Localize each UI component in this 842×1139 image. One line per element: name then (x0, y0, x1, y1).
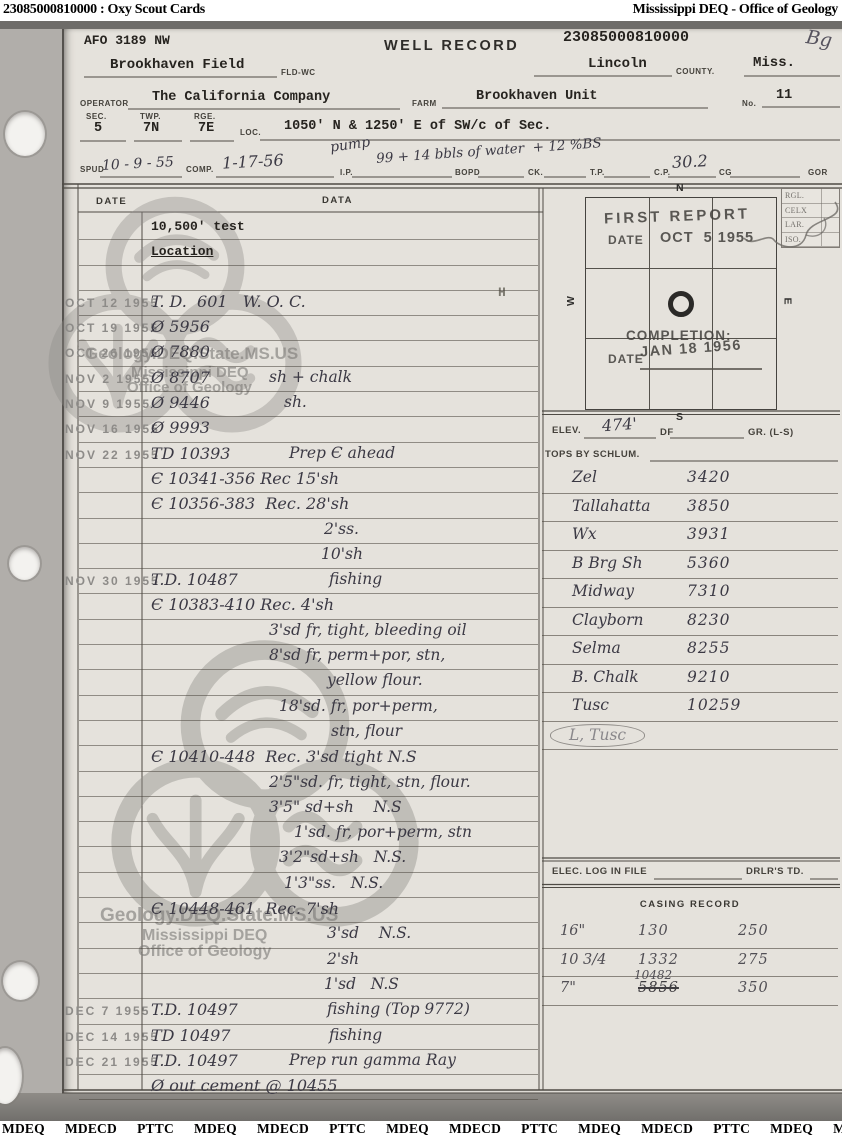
log-entry-note: 1'sd N.S (324, 975, 399, 993)
formation-depth: 9210 (687, 668, 730, 686)
date-stamp: NOV 16 1955 (65, 422, 160, 436)
farm-label: FARM (412, 99, 437, 108)
formation-top-row: L, Tusc (542, 722, 838, 751)
log-entry-note: 1'3"ss. N.S. (284, 874, 383, 892)
well-log-row: 3'sd fr, tight, bleeding oil (79, 620, 538, 645)
log-entry-note: 2'sh (327, 950, 359, 968)
formation-depth: 3931 (687, 525, 730, 543)
date-stamp: DEC 7 1955 (65, 1004, 150, 1018)
well-log-row: Є 10448-461 Rec. 7'sh (79, 898, 538, 923)
viewer-bottom-bar: MDEQ MDECD PTTC MDEQ MDECD PTTC MDEQ MDE… (0, 1121, 842, 1139)
elev-df-label: DF (660, 427, 674, 438)
date-stamp: OCT 19 1955 (65, 321, 159, 335)
cp-label: C.P. (654, 168, 671, 177)
log-entry-main: T.D. 10497 (151, 1051, 238, 1070)
hole-punch (9, 547, 40, 580)
operator-label: OPERATOR (80, 99, 129, 108)
formation-top-row: Wx 3931 (542, 522, 838, 551)
first-report-date-label: DATE (608, 233, 644, 247)
well-log-row: NOV 9 1955 Ø 9446 sh. (79, 392, 538, 417)
well-log-row: Є 10341-356 Rec 15'sh (79, 468, 538, 493)
cp-value: 30.2 (672, 151, 709, 172)
twp-label: TWP. (140, 112, 161, 121)
log-entry-note: 3'5" sd+sh N.S (269, 798, 402, 816)
field-label: FLD-WC (281, 68, 316, 77)
formation-top-row: B. Chalk 9210 (542, 665, 838, 694)
compass-n: N (676, 182, 684, 194)
scan-top-edge (0, 21, 842, 29)
casing-depth: 5856 (638, 980, 679, 996)
pencil-scribble (740, 190, 842, 280)
formation-top-row: Selma 8255 (542, 636, 838, 665)
well-log-rows: 10,500' test Location OCT 12 1955 T. D. … (79, 215, 538, 1126)
log-entry-main: Ø out cement @ 10455 (151, 1076, 338, 1095)
cg-label: CG (719, 168, 732, 177)
well-log-row: Є 10410-448 Rec. 3'sd tight N.S (79, 746, 538, 771)
log-entry-note: 1'sd. fr, por+perm, stn (294, 823, 472, 841)
well-log-row: Є 10383-410 Rec. 4'sh (79, 594, 538, 619)
well-log-row: stn, flour (79, 721, 538, 746)
rge-value: 7E (198, 121, 214, 136)
formation-name: B. Chalk (572, 668, 639, 686)
log-entry-main: Ø 9446 (151, 393, 210, 412)
ck-label: CK. (528, 168, 543, 177)
well-log-row: 1'sd. fr, por+perm, stn (79, 822, 538, 847)
casing-sacks: 350 (738, 980, 769, 996)
corner-handwritten-note: Bg (804, 26, 833, 52)
log-entry-note: 10'sh (321, 545, 363, 563)
sec-value: 5 (94, 121, 102, 136)
date-stamp: NOV 22 1955 (65, 448, 160, 462)
bopd-label: BOPD (455, 168, 480, 177)
date-stamp: DEC 14 1955 (65, 1030, 159, 1044)
well-log-row: OCT 19 1955 Ø 5956 (79, 316, 538, 341)
log-entry-main: Є 10341-356 Rec 15'sh (151, 469, 339, 488)
date-stamp: NOV 9 1955 (65, 397, 151, 411)
log-entry-main: TD 10393 (151, 444, 230, 463)
well-log-row: DEC 7 1955 T.D. 10497 fishing (Top 9772) (79, 999, 538, 1024)
formation-depth: 10259 (687, 696, 741, 714)
date-stamp: OCT 26 1955 (65, 346, 159, 360)
formation-depth: 8230 (687, 611, 730, 629)
data-column-header: DATA (322, 195, 353, 206)
log-entry-main: 10,500' test (151, 219, 245, 234)
formation-top-row: Tusc 10259 (542, 693, 838, 722)
log-entry-note: fishing (329, 1026, 382, 1044)
well-log-row: 1'3"ss. N.S. (79, 873, 538, 898)
date-stamp: DEC 21 1955 (65, 1055, 159, 1069)
well-log-row: OCT 26 1955 Ø 7880 (79, 341, 538, 366)
casing-row: 7" 5856 10482 350 (542, 977, 838, 1006)
hole-punch (3, 962, 38, 1000)
rge-label: RGE. (194, 112, 216, 121)
formation-depth: 7310 (687, 582, 730, 600)
date-stamp: NOV 30 1955 (65, 574, 160, 588)
log-entry-note: fishing (329, 570, 382, 588)
log-entry-main: Ø 8707 (151, 368, 210, 387)
formation-name: Selma (572, 639, 621, 657)
state-name: Miss. (753, 55, 795, 71)
log-entry-note: 3'sd fr, tight, bleeding oil (269, 621, 467, 639)
formation-top-row: Zel 3420 (542, 465, 838, 494)
formation-top-row: Clayborn 8230 (542, 608, 838, 637)
date-stamp: NOV 2 1955 (65, 372, 151, 386)
twp-value: 7N (143, 121, 159, 136)
date-stamp: OCT 12 1955 (65, 296, 159, 310)
gor-label: GOR (808, 168, 828, 177)
loc-label: LOC. (240, 128, 261, 137)
viewer-top-bar: 23085000810000 : Oxy Scout Cards Mississ… (0, 0, 842, 21)
well-log-row: NOV 2 1955 Ø 8707 sh + chalk (79, 367, 538, 392)
formation-top-row: Midway 7310 (542, 579, 838, 608)
well-no-label: No. (742, 99, 756, 108)
casing-record-header: CASING RECORD (542, 899, 838, 910)
well-log-row: 8'sd fr, perm+por, stn, (79, 645, 538, 670)
agency-title: Mississippi DEQ - Office of Geology (633, 2, 838, 18)
log-entry-note: 8'sd fr, perm+por, stn, (269, 646, 445, 664)
well-log-row: NOV 16 1955 Ø 9993 (79, 417, 538, 442)
casing-sacks: 250 (738, 923, 769, 939)
spud-label: SPUD (80, 165, 104, 174)
tops-header: TOPS BY SCHLUM. (545, 449, 640, 460)
formation-top-row: B Brg Sh 5360 (542, 551, 838, 580)
log-entry-main: Ø 9993 (151, 418, 210, 437)
comp-date: 1-17-56 (222, 150, 285, 172)
casing-record-table: 16" 130 250 10 3/4 1332 275 7" 5856 1048… (542, 920, 838, 1006)
log-entry-note: yellow flour. (327, 671, 423, 689)
well-log-row: Ø out cement @ 10455 (79, 1075, 538, 1100)
log-entry-main: Є 10356-383 Rec. 28'sh (151, 494, 349, 513)
formation-name: Wx (572, 525, 597, 543)
log-entry-main: TD 10497 (151, 1026, 230, 1045)
comp-label: COMP. (186, 165, 214, 174)
log-entry-note: 18'sd. fr, por+perm, (279, 697, 438, 715)
formation-name: Tusc (572, 696, 609, 714)
log-entry-note: 3'2"sd+sh N.S. (279, 848, 406, 866)
log-entry-main: T.D. 10487 (151, 570, 238, 589)
tp-label: T.P. (590, 168, 605, 177)
grid-line (649, 198, 650, 409)
well-log-row: DEC 21 1955 T.D. 10497 Prep run gamma Ra… (79, 1050, 538, 1075)
log-entry-main: T.D. 10497 (151, 1000, 238, 1019)
compass-e: E (782, 297, 794, 304)
well-log-row: Location (79, 240, 538, 265)
well-log-row (79, 266, 538, 291)
log-entry-note: Prep Є ahead (289, 444, 395, 462)
formation-depth: 8255 (687, 639, 730, 657)
well-log-row: 10,500' test (79, 215, 538, 240)
log-entry-main: Location (151, 244, 213, 259)
formation-depth: 3850 (687, 497, 730, 515)
casing-sacks: 275 (738, 952, 769, 968)
well-log-row: 18'sd. fr, por+perm, (79, 696, 538, 721)
formation-depth: 5360 (687, 554, 730, 572)
casing-depth: 1332 (638, 952, 679, 968)
api-number: 23085000810000 (563, 29, 689, 46)
log-entry-note: fishing (Top 9772) (327, 1000, 470, 1018)
log-entry-note: 2'ss. (324, 520, 359, 538)
well-log-row: 3'2"sd+sh N.S. (79, 847, 538, 872)
well-log-row: NOV 30 1955 T.D. 10487 fishing (79, 569, 538, 594)
farm-name: Brookhaven Unit (476, 89, 598, 104)
well-log-row: 2'ss. (79, 519, 538, 544)
well-log-row: 2'sh (79, 949, 538, 974)
log-entry-main: T. D. 601 W. O. C. (151, 292, 306, 311)
well-log-row: yellow flour. (79, 670, 538, 695)
document-id-title: 23085000810000 : Oxy Scout Cards (3, 2, 205, 18)
casing-row: 10 3/4 1332 275 (542, 949, 838, 978)
log-entry-main: Є 10448-461 Rec. 7'sh (151, 899, 339, 918)
date-column-header: DATE (96, 196, 127, 207)
formation-depth: 3420 (687, 468, 730, 486)
hole-punch (5, 112, 45, 156)
well-log-row: 10'sh (79, 544, 538, 569)
afo-number: AFO 3189 NW (84, 33, 170, 48)
well-log-row: DEC 14 1955 TD 10497 fishing (79, 1025, 538, 1050)
form-title: WELL RECORD (384, 38, 519, 54)
loc-value: 1050' N & 1250' E of SW/c of Sec. (284, 119, 551, 134)
log-entry-main: Є 10383-410 Rec. 4'sh (151, 595, 334, 614)
well-log-row: Є 10356-383 Rec. 28'sh (79, 493, 538, 518)
ip-label: I.P. (340, 168, 353, 177)
log-entry-note: Prep run gamma Ray (289, 1051, 456, 1069)
completion-date-label: DATE (608, 352, 644, 366)
casing-size: 7" (560, 980, 576, 996)
well-log-row: 3'5" sd+sh N.S (79, 797, 538, 822)
sec-label: SEC. (86, 112, 107, 121)
formation-name: Zel (572, 468, 597, 486)
casing-size: 16" (560, 923, 585, 939)
log-entry-note: sh. (284, 393, 307, 411)
formation-name: L, Tusc (550, 724, 645, 747)
elec-log-label: ELEC. LOG IN FILE (552, 866, 647, 877)
formation-tops-list: Zel 3420 Tallahatta 3850 Wx 3931 B Brg S… (542, 465, 838, 750)
log-entry-note: sh + chalk (269, 368, 352, 386)
casing-depth-correction: 10482 (634, 968, 672, 982)
drlrs-td-label: DRLR'S TD. (746, 866, 804, 877)
log-entry-note: stn, flour (331, 722, 402, 740)
formation-name: Tallahatta (572, 497, 650, 515)
footer-org-codes: MDEQ MDECD PTTC MDEQ MDECD PTTC MDEQ MDE… (2, 1121, 842, 1137)
well-log-row: 3'sd N.S. (79, 923, 538, 948)
casing-row: 16" 130 250 (542, 920, 838, 949)
casing-size: 10 3/4 (560, 952, 606, 968)
field-name: Brookhaven Field (110, 57, 244, 73)
formation-name: Midway (572, 582, 634, 600)
formation-name: Clayborn (572, 611, 643, 629)
compass-w: W (565, 296, 577, 306)
elev-label: ELEV. (552, 425, 581, 436)
scanned-well-record-page: { "top_bar": { "left": "23085000810000 :… (0, 0, 842, 1139)
log-entry-note: 3'sd N.S. (327, 924, 411, 942)
log-entry-main: Ø 5956 (151, 317, 210, 336)
formation-top-row: Tallahatta 3850 (542, 494, 838, 523)
well-location-ring (668, 291, 694, 317)
well-log-row: NOV 22 1955 TD 10393 Prep Є ahead (79, 443, 538, 468)
log-entry-main: Є 10410-448 Rec. 3'sd tight N.S (151, 747, 417, 766)
elev-value: 474' (601, 414, 637, 435)
formation-name: B Brg Sh (572, 554, 643, 572)
well-log-row: OCT 12 1955 T. D. 601 W. O. C. (79, 291, 538, 316)
well-no: 11 (776, 88, 792, 103)
first-report-stamp: FIRST REPORT (604, 205, 751, 227)
log-entry-main: Ø 7880 (151, 342, 210, 361)
county-label: COUNTY. (676, 67, 715, 76)
casing-depth: 130 (638, 923, 669, 939)
elev-gr-label: GR. (L-S) (748, 427, 794, 438)
log-entry-note: 2'5"sd. fr, tight, stn, flour. (269, 773, 471, 791)
compass-s: S (676, 411, 683, 423)
county-name: Lincoln (588, 56, 647, 72)
well-log-row: 1'sd N.S (79, 974, 538, 999)
well-log-row: 2'5"sd. fr, tight, stn, flour. (79, 772, 538, 797)
operator-name: The California Company (152, 90, 330, 105)
